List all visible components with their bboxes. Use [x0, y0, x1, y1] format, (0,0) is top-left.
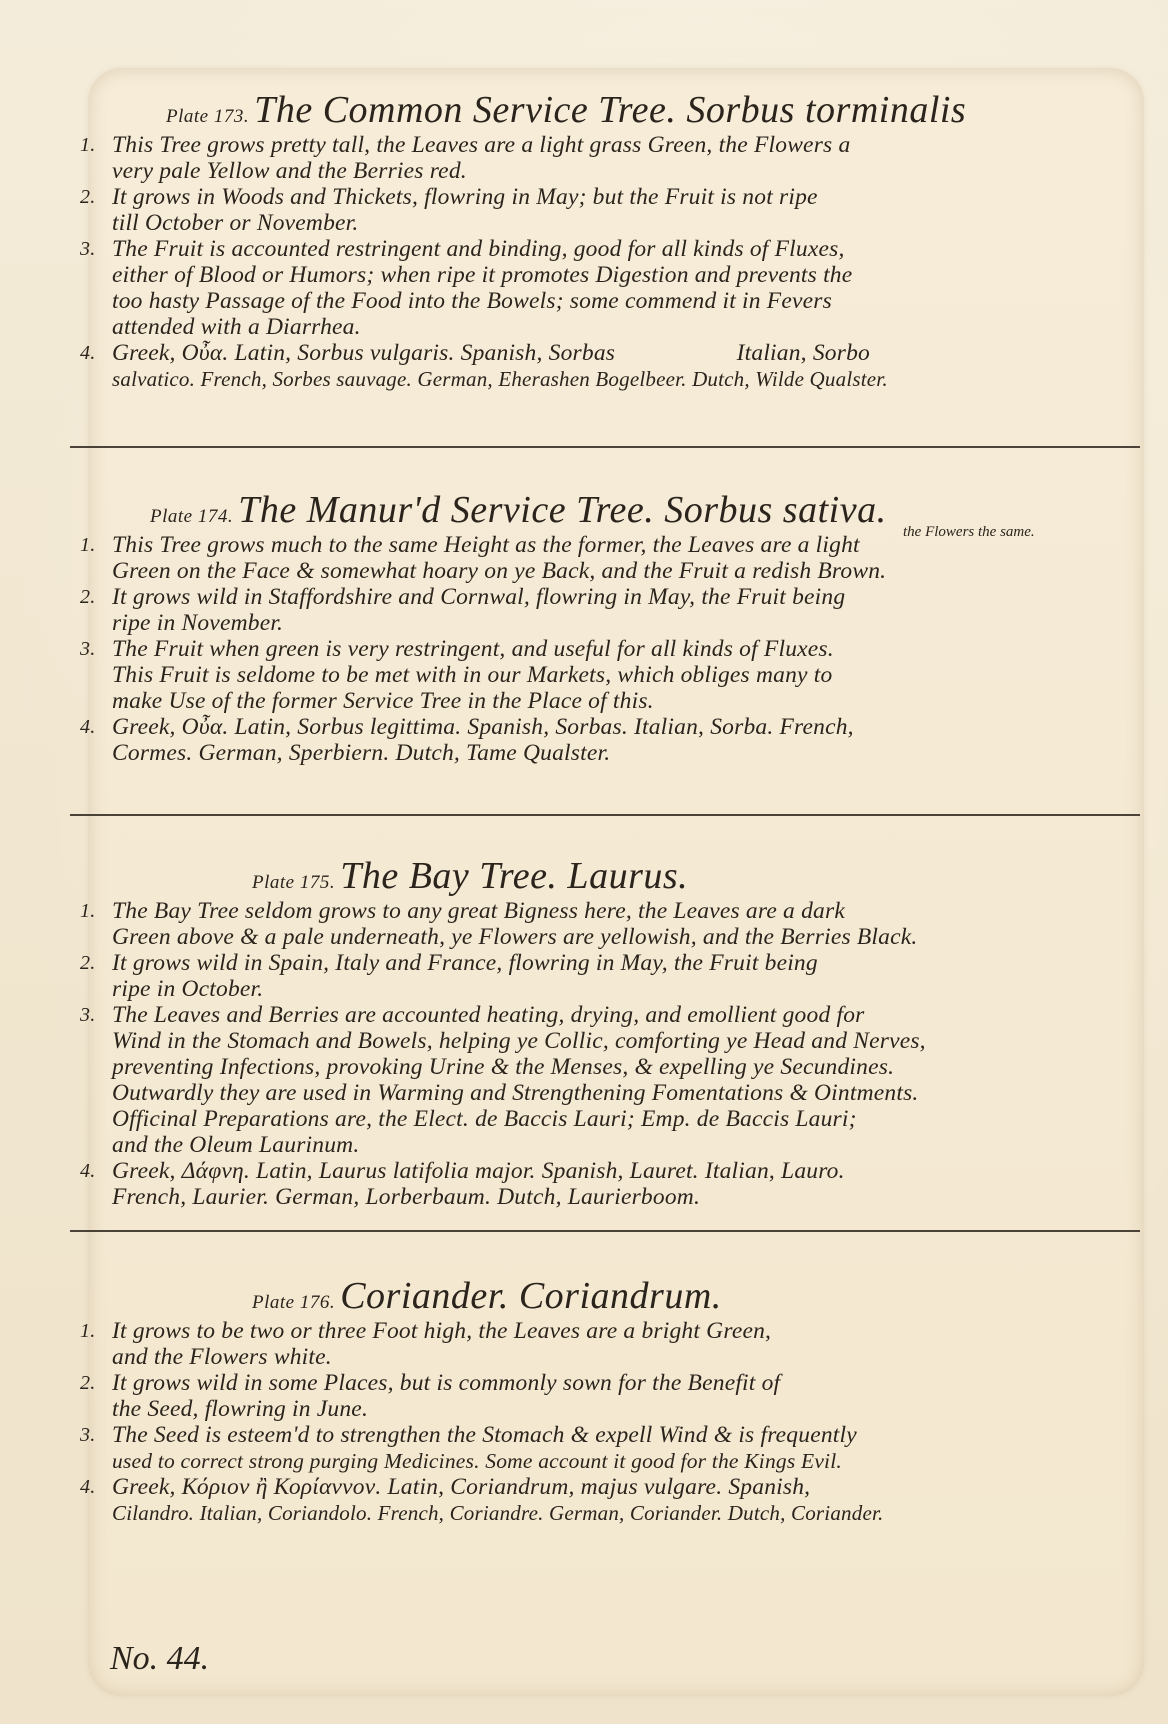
entry-number: 2.: [80, 184, 95, 210]
entry-line: too hasty Passage of the Food into the B…: [112, 288, 1140, 314]
plate-title: The Bay Tree. Laurus.: [340, 855, 688, 897]
entry-line: It grows in Woods and Thickets, flowring…: [112, 184, 1140, 210]
entry-item: 2. It grows wild in Spain, Italy and Fra…: [80, 950, 1140, 1002]
plate-heading: Plate 173. The Common Service Tree. Sorb…: [80, 88, 1140, 132]
entry-line: the Seed, flowring in June.: [112, 1396, 1140, 1422]
entry-line: It grows to be two or three Foot high, t…: [112, 1318, 1140, 1344]
entry-line: ripe in November.: [112, 610, 1140, 636]
entry-line: Greek, Οὖα. Latin, Sorbus vulgaris. Span…: [112, 340, 1140, 366]
entry-line: preventing Infections, provoking Urine &…: [112, 1054, 1140, 1080]
entry-item: 2. It grows wild in Staffordshire and Co…: [80, 584, 1140, 636]
entry-line: salvatico. French, Sorbes sauvage. Germa…: [112, 366, 1140, 392]
plate-176-section: Plate 176. Coriander. Coriandrum. 1. It …: [80, 1274, 1140, 1574]
entry-line: make Use of the former Service Tree in t…: [112, 688, 1140, 714]
entry-line: either of Blood or Humors; when ripe it …: [112, 262, 1140, 288]
entry-line: It grows wild in Staffordshire and Cornw…: [112, 584, 1140, 610]
entry-number: 4.: [80, 1158, 95, 1184]
entry-line: Greek, Δάφνη. Latin, Laurus latifolia ma…: [112, 1158, 1140, 1184]
entry-line: The Bay Tree seldom grows to any great B…: [112, 898, 1140, 924]
entry-item: 4. Greek, Δάφνη. Latin, Laurus latifolia…: [80, 1158, 1140, 1210]
entry-line: attended with a Diarrhea.: [112, 314, 1140, 340]
entry-line: very pale Yellow and the Berries red.: [112, 158, 1140, 184]
entry-number: 1.: [80, 898, 95, 924]
section-divider: [70, 1230, 1140, 1232]
entry-number: 4.: [80, 714, 95, 740]
entry-number: 1.: [80, 1318, 95, 1344]
plate-heading: Plate 175. The Bay Tree. Laurus.: [80, 854, 1140, 898]
entry-number: 3.: [80, 1002, 95, 1028]
plate-label: Plate 174.: [150, 506, 233, 527]
entry-number: 4.: [80, 340, 95, 366]
entry-item: 4. Greek, Οὖα. Latin, Sorbus vulgaris. S…: [80, 340, 1140, 392]
plate-175-section: Plate 175. The Bay Tree. Laurus. 1. The …: [80, 854, 1140, 1230]
entry-line: It grows wild in Spain, Italy and France…: [112, 950, 1140, 976]
entry-line: Green above & a pale underneath, ye Flow…: [112, 924, 1140, 950]
plate-174-section: Plate 174. The Manur'd Service Tree. Sor…: [80, 488, 1140, 806]
entry-item: 2. It grows in Woods and Thickets, flowr…: [80, 184, 1140, 236]
entry-line: The Fruit is accounted restringent and b…: [112, 236, 1140, 262]
entry-item: 1. The Bay Tree seldom grows to any grea…: [80, 898, 1140, 950]
entry-item: 1. This Tree grows much to the same Heig…: [80, 532, 1140, 584]
entry-line: ripe in October.: [112, 976, 1140, 1002]
entry-line: The Fruit when green is very restringent…: [112, 636, 1140, 662]
entry-line: Outwardly they are used in Warming and S…: [112, 1080, 1140, 1106]
entry-line: used to correct strong purging Medicines…: [112, 1448, 1140, 1474]
plate-label: Plate 176.: [252, 1292, 335, 1313]
entry-line: Cilandro. Italian, Coriandolo. French, C…: [112, 1500, 1140, 1526]
plate-title: The Manur'd Service Tree. Sorbus sativa.: [238, 489, 886, 531]
plate-label: Plate 173.: [166, 106, 249, 127]
entry-line: This Tree grows pretty tall, the Leaves …: [112, 132, 1140, 158]
entry-line: It grows wild in some Places, but is com…: [112, 1370, 1140, 1396]
entry-item: 3. The Fruit is accounted restringent an…: [80, 236, 1140, 340]
entry-line: Cormes. German, Sperbiern. Dutch, Tame Q…: [112, 740, 1140, 766]
entry-list: 1. This Tree grows much to the same Heig…: [80, 532, 1140, 766]
entry-item: 2. It grows wild in some Places, but is …: [80, 1370, 1140, 1422]
entry-list: 1. This Tree grows pretty tall, the Leav…: [80, 132, 1140, 392]
entry-item: 4. Greek, Κόριον ἢ Κορίαννον. Latin, Cor…: [80, 1474, 1140, 1526]
entry-line: Greek, Κόριον ἢ Κορίαννον. Latin, Corian…: [112, 1474, 1140, 1500]
entry-line: Green on the Face & somewhat hoary on ye…: [112, 558, 1140, 584]
plate-173-section: Plate 173. The Common Service Tree. Sorb…: [80, 88, 1140, 458]
entry-number: 4.: [80, 1474, 95, 1500]
entry-line: This Tree grows much to the same Height …: [112, 532, 1140, 558]
entry-item: 1. It grows to be two or three Foot high…: [80, 1318, 1140, 1370]
plate-label: Plate 175.: [252, 872, 335, 893]
entry-list: 1. The Bay Tree seldom grows to any grea…: [80, 898, 1140, 1210]
entry-line: Wind in the Stomach and Bowels, helping …: [112, 1028, 1140, 1054]
entry-item: 3. The Leaves and Berries are accounted …: [80, 1002, 1140, 1158]
entry-line: and the Oleum Laurinum.: [112, 1132, 1140, 1158]
section-divider: [70, 446, 1140, 448]
entry-item: 3. The Fruit when green is very restring…: [80, 636, 1140, 714]
entry-item: 3. The Seed is esteem'd to strengthen th…: [80, 1422, 1140, 1474]
plate-title: The Common Service Tree. Sorbus torminal…: [254, 89, 966, 131]
entry-line: The Leaves and Berries are accounted hea…: [112, 1002, 1140, 1028]
page-number: No. 44.: [110, 1640, 209, 1678]
entry-number: 3.: [80, 1422, 95, 1448]
entry-line: and the Flowers white.: [112, 1344, 1140, 1370]
entry-line: Greek, Οὖα. Latin, Sorbus legittima. Spa…: [112, 714, 1140, 740]
entry-item: 4. Greek, Οὖα. Latin, Sorbus legittima. …: [80, 714, 1140, 766]
entry-line: French, Laurier. German, Lorberbaum. Dut…: [112, 1184, 1140, 1210]
entry-number: 3.: [80, 236, 95, 262]
entry-line: This Fruit is seldome to be met with in …: [112, 662, 1140, 688]
entry-number: 2.: [80, 950, 95, 976]
entry-number: 2.: [80, 1370, 95, 1396]
entry-number: 3.: [80, 636, 95, 662]
plate-title: Coriander. Coriandrum.: [340, 1275, 722, 1317]
plate-heading: Plate 176. Coriander. Coriandrum.: [80, 1274, 1140, 1318]
entry-number: 2.: [80, 584, 95, 610]
entry-number: 1.: [80, 132, 95, 158]
entry-line: Officinal Preparations are, the Elect. d…: [112, 1106, 1140, 1132]
entry-number: 1.: [80, 532, 95, 558]
entry-list: 1. It grows to be two or three Foot high…: [80, 1318, 1140, 1526]
entry-line: till October or November.: [112, 210, 1140, 236]
entry-line: The Seed is esteem'd to strengthen the S…: [112, 1422, 1140, 1448]
section-divider: [70, 814, 1140, 816]
entry-item: 1. This Tree grows pretty tall, the Leav…: [80, 132, 1140, 184]
page-content: Plate 173. The Common Service Tree. Sorb…: [80, 88, 1140, 1574]
